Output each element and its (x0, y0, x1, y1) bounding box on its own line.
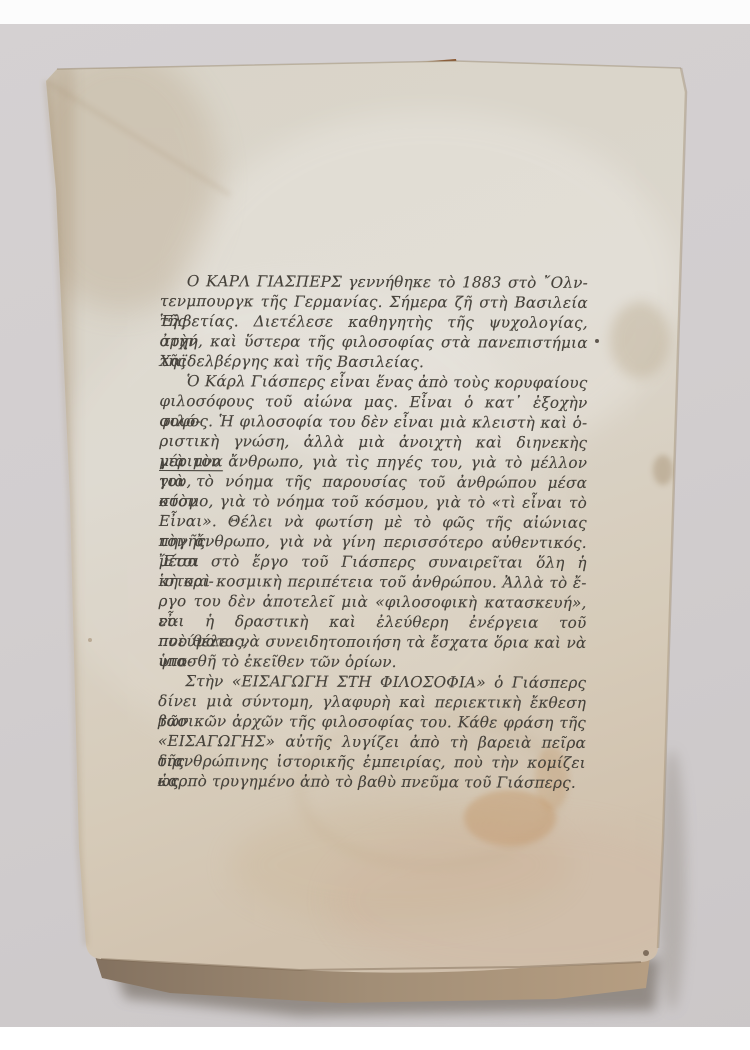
text-line: τενμπουργκ τῆς Γερμανίας. Σήμερα ζῆ στὴ … (160, 291, 588, 313)
small-stain-right (653, 455, 673, 485)
top-white-strip (0, 0, 750, 24)
bottom-white-strip (0, 1027, 750, 1050)
text-line: Στὴν «ΕΙΣΑΓΩΓΗ ΣΤΗ ΦΙΛΟΣΟΦΙΑ» ὁ Γιάσπερς (158, 671, 586, 693)
text-line: ποὺ θέλει νὰ συνειδητοποιήση τὰ ἔσχατα ὅ… (158, 631, 586, 653)
text-line: τὸν ἄνθρωπο, γιὰ νὰ γίνη περισσότερο αὐθ… (159, 531, 587, 553)
text-line: βασικῶν ἀρχῶν τῆς φιλοσοφίας του. Κάθε φ… (158, 711, 586, 733)
text-line: ργο του δὲν ἀποτελεῖ μιὰ «φιλοσοφικὴ κατ… (159, 591, 587, 613)
text-line: ἀρχή, καὶ ὕστερα τῆς φιλοσοφίας στὰ πανε… (160, 331, 588, 353)
text-paragraph: Ὁ Κάρλ Γιάσπερς εἶναι ἕνας ἀπὸ τοὺς κορυ… (158, 371, 587, 673)
text-paragraph: Ο ΚΑΡΛ ΓΙΑΣΠΕΡΣ γεννήθηκε τὸ 1883 στὸ ῎Ο… (160, 271, 588, 373)
text-line: κόσμο, γιὰ τὸ νόημα τοῦ κόσμου, γιὰ τὸ «… (159, 491, 587, 513)
pink-tint-bottom (330, 820, 710, 980)
text-line: γιὰ τὸν ἄνθρωπο, γιὰ τὶς πηγές του, γιὰ … (159, 451, 587, 473)
edge-speck (643, 950, 649, 956)
text-line: καρπὸ τρυγημένο ἀπὸ τὸ βαθὺ πνεῦμα τοῦ Γ… (158, 771, 586, 793)
text-line: «ΕΙΣΑΓΩΓΗΣ» αὐτῆς λυγίζει ἀπὸ τὴ βαρειὰ … (158, 731, 586, 753)
text-line: φιλοσόφους τοῦ αἰώνα μας. Εἶναι ὁ κατ᾽ ἐ… (159, 391, 587, 413)
text-line: δίνει μιὰ σύντομη, γλαφυρὴ καὶ περιεκτικ… (158, 691, 586, 713)
text-paragraph: Στὴν «ΕΙΣΑΓΩΓΗ ΣΤΗ ΦΙΛΟΣΟΦΙΑ» ὁ Γιάσπερς… (158, 671, 587, 793)
text-line: Ο ΚΑΡΛ ΓΙΑΣΠΕΡΣ γεννήθηκε τὸ 1883 στὸ ῎Ο… (160, 271, 588, 293)
text-line: γιὰ τὸ νόημα τῆς παρουσίας τοῦ ἀνθρώπου … (159, 471, 587, 493)
text-line: διανθρώπινης ἱστορικῆς ἐμπειρίας, ποὺ τὴ… (158, 751, 586, 773)
text-line: μέσα στὸ ἔργο τοῦ Γιάσπερς συναιρεῖται ὅ… (159, 551, 587, 573)
stray-ink-dot (595, 339, 599, 343)
text-line: κὴ καὶ κοσμικὴ περιπέτεια τοῦ ἀνθρώπου. … (159, 571, 587, 593)
back-cover-text: Ο ΚΑΡΛ ΓΙΑΣΠΕΡΣ γεννήθηκε τὸ 1883 στὸ ῎Ο… (158, 271, 588, 793)
text-line: Χαϊδελβέργης καὶ τῆς Βασιλείας. (160, 351, 588, 373)
text-line: ψιασθῆ τὸ ἐκεῖθεν τῶν ὁρίων. (158, 651, 586, 673)
text-line: Ὁ Κάρλ Γιάσπερς εἶναι ἕνας ἀπὸ τοὺς κορυ… (159, 371, 587, 393)
text-line: Ἑλβετίας. Διετέλεσε καθηγητὴς τῆς ψυχολο… (160, 311, 588, 333)
paper-speck-2 (88, 638, 92, 642)
text-line: σοφος. Ἡ φιλοσοφία του δὲν εἶναι μιὰ κλε… (159, 411, 587, 433)
text-line: Εἶναι». Θέλει νὰ φωτίση μὲ τὸ φῶς τῆς αἰ… (159, 511, 587, 533)
text-line: ναι ἡ δραστικὴ καὶ ἐλεύθερη ἐνέργεια τοῦ… (158, 611, 586, 633)
text-line: ριστικὴ γνώση, ἀλλὰ μιὰ ἀνοιχτὴ καὶ διην… (159, 431, 587, 453)
faint-stain-right (610, 302, 670, 378)
